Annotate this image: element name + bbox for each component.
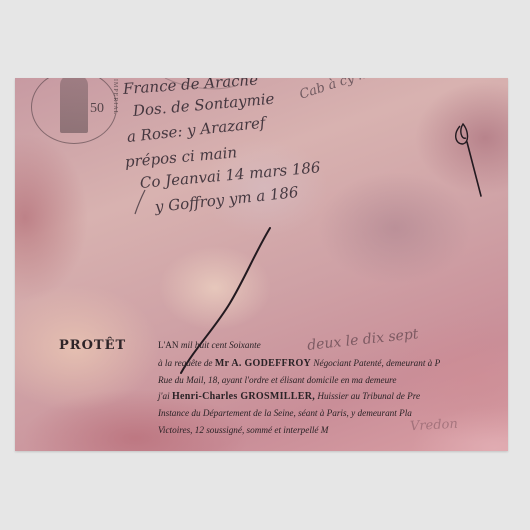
typed-line-1: L'AN mil huit cent Soixante (158, 340, 261, 350)
typed-text-italic: Victoires, 12 soussigné, sommé et interp… (158, 425, 328, 435)
typed-text-italic: Huissier au Tribunal de Pre (317, 391, 420, 401)
typed-text-italic: Négociant Patenté, demeurant à P (313, 358, 440, 368)
typed-text: L'AN (158, 340, 179, 350)
typed-line-6: Victoires, 12 soussigné, sommé et interp… (158, 425, 328, 435)
protest-heading: PROTÊT (59, 338, 126, 353)
typed-text-italic: j'ai (158, 391, 170, 401)
typed-line-3: Rue du Mail, 18, ayant l'ordre et élisan… (158, 375, 397, 385)
typed-line-5: Instance du Département de la Seine, séa… (158, 408, 412, 418)
typed-text-italic: Instance du Département de la Seine, séa… (158, 408, 412, 418)
typed-text-bold: Mr A. GODEFFROY (215, 358, 311, 369)
typed-text-italic: à la requête de (158, 358, 213, 368)
ink-stroke-long (181, 228, 270, 373)
protest-document-card: 50 IMPERIAL France de Arache Dos. de Son… (15, 78, 508, 451)
quill-loop (456, 124, 468, 144)
typed-line-2: à la requête de Mr A. GODEFFROY Négocian… (158, 358, 440, 369)
handwritten-name-faded: Vredon (410, 417, 459, 434)
quill-stroke (467, 142, 481, 196)
typed-text-bold: Henri-Charles GROSMILLER, (172, 391, 315, 402)
typed-line-4: j'ai Henri-Charles GROSMILLER, Huissier … (158, 391, 420, 402)
typed-text-italic: mil huit cent Soixante (181, 340, 261, 350)
typed-text-italic: Rue du Mail, 18, ayant l'ordre et élisan… (158, 375, 397, 385)
